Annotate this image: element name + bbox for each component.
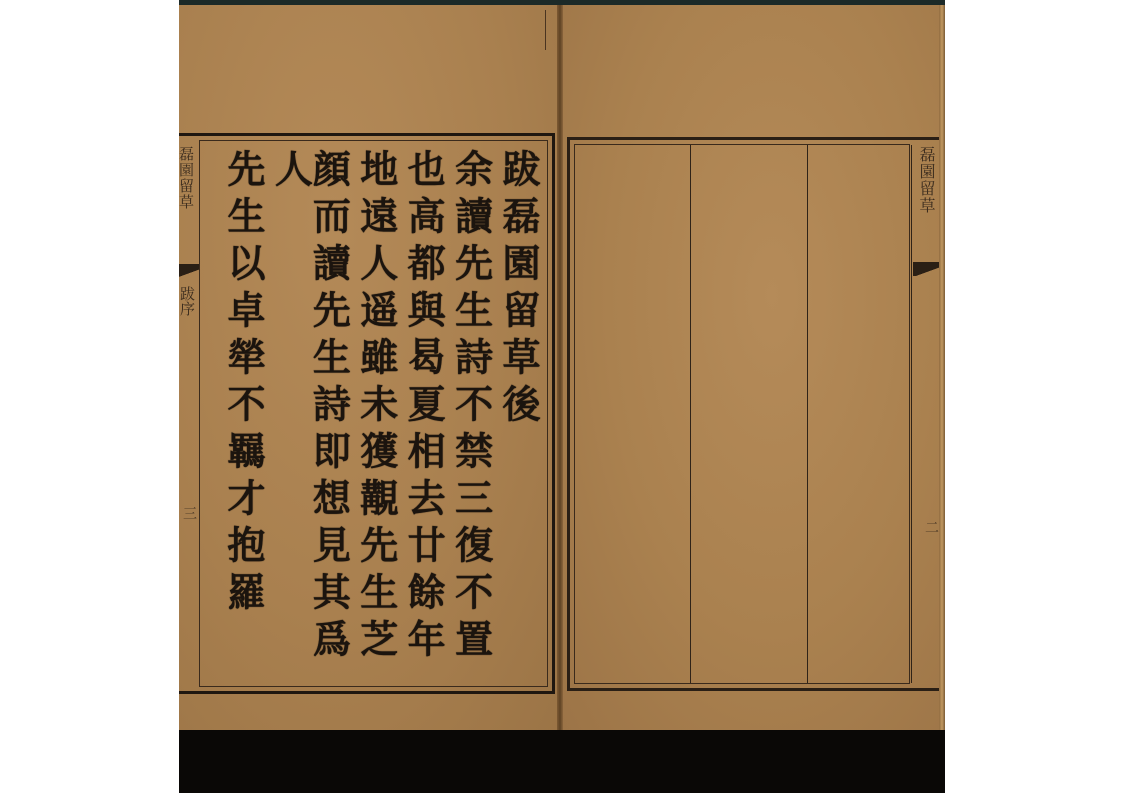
- paper-crease: [545, 10, 546, 50]
- column-rule: [807, 145, 808, 683]
- banxin-rule: [911, 145, 912, 683]
- banxin-section: 跋序: [178, 286, 198, 316]
- page-edge: [939, 5, 945, 730]
- column-rule: [690, 145, 691, 683]
- fishtail-icon: [179, 264, 199, 278]
- page-number: 二: [921, 520, 941, 534]
- text-column: 地遠人遥雖未獲覯先生芝: [357, 149, 395, 676]
- page-number: 三: [179, 506, 199, 520]
- book-scan: 磊園留草 跋序 三 跋磊園留草後 余讀先生詩不禁三復不置 也高都與曷夏相去廿餘年…: [179, 0, 945, 793]
- show-through-text: [585, 155, 675, 505]
- left-banxin: 磊園留草 跋序 三: [179, 136, 199, 691]
- text-column: 顔而讀先生詩即想見其爲人: [271, 149, 347, 676]
- left-page: 磊園留草 跋序 三 跋磊園留草後 余讀先生詩不禁三復不置 也高都與曷夏相去廿餘年…: [179, 5, 561, 730]
- ruled-block: [574, 144, 910, 684]
- text-column: 也高都與曷夏相去廿餘年: [404, 149, 442, 676]
- left-print-frame: 磊園留草 跋序 三 跋磊園留草後 余讀先生詩不禁三復不置 也高都與曷夏相去廿餘年…: [179, 133, 555, 694]
- banxin-title: 磊園留草: [177, 146, 197, 210]
- text-column: 先生以卓犖不羈才抱羅: [224, 149, 262, 676]
- text-columns: 跋磊園留草後 余讀先生詩不禁三復不置 也高都與曷夏相去廿餘年 地遠人遥雖未獲覯先…: [224, 149, 537, 676]
- column-title: 跋磊園留草後: [499, 149, 537, 676]
- banxin-title: 磊園留草: [915, 146, 938, 214]
- book-gutter: [557, 5, 563, 730]
- text-column: 余讀先生詩不禁三復不置: [452, 149, 490, 676]
- text-block: 跋磊園留草後 余讀先生詩不禁三復不置 也高都與曷夏相去廿餘年 地遠人遥雖未獲覯先…: [199, 140, 548, 687]
- right-print-frame: [567, 137, 910, 691]
